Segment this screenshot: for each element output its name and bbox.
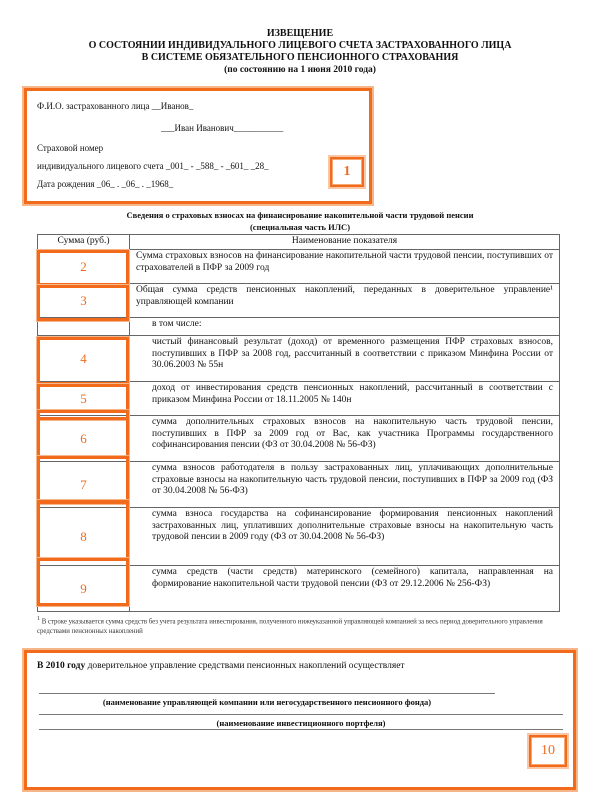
indicator-cell: Общая сумма средств пенсионных накоплени…	[130, 284, 560, 318]
company-name-line	[39, 693, 495, 694]
sum-cell: 9	[38, 566, 130, 612]
management-year: В 2010 году	[37, 661, 85, 671]
fio-field-continued: ___Иван Иванович___________	[161, 123, 283, 134]
bottom-rule	[39, 729, 563, 730]
birth-date-field: Дата рождения _06_ . _06_ . _1968_	[37, 179, 173, 190]
sum-cell: 3	[38, 284, 130, 318]
fio-field: Ф.И.О. застрахованного лица __Иванов_	[37, 101, 193, 112]
indicator-cell: сумма взноса государства на софинансиров…	[130, 508, 560, 566]
sum-cell: 6	[38, 416, 130, 462]
section-title: Сведения о страховых взносах на финансир…	[0, 210, 600, 221]
personal-info-box: Ф.И.О. застрахованного лица __Иванов_ __…	[24, 88, 372, 204]
table-row: 8 сумма взноса государства на софинансир…	[38, 508, 560, 566]
table-row: 2 Сумма страховых взносов на финансирова…	[38, 250, 560, 284]
table-header-row: Сумма (руб.) Наименование показателя	[38, 235, 560, 250]
notice-title: ИЗВЕЩЕНИЕ	[0, 28, 600, 40]
notice-date: (по состоянию на 1 июня 2010 года)	[0, 64, 600, 76]
table-row: 5 доход от инвестирования средств пенсио…	[38, 382, 560, 416]
table-row: 7 сумма взносов работодателя в пользу за…	[38, 462, 560, 508]
notice-subtitle: О СОСТОЯНИИ ИНДИВИДУАЛЬНОГО ЛИЦЕВОГО СЧЕ…	[0, 40, 600, 52]
table-row: 4 чистый финансовый результат (доход) от…	[38, 336, 560, 382]
sum-cell: 8	[38, 508, 130, 566]
account-number-field: индивидуального лицевого счета _001_ - _…	[37, 161, 269, 172]
portfolio-name-caption: (наименование инвестиционного портфеля)	[39, 718, 563, 728]
table-row: в том числе:	[38, 318, 560, 336]
indicator-cell: чистый финансовый результат (доход) от в…	[130, 336, 560, 382]
sum-cell: 5	[38, 382, 130, 416]
indicator-cell: доход от инвестирования средств пенсионн…	[130, 382, 560, 416]
portfolio-name-line	[39, 714, 563, 715]
footnote: 1 В строке указывается сумма средств без…	[37, 614, 567, 637]
indicator-cell: сумма взносов работодателя в пользу заст…	[130, 462, 560, 508]
management-box: В 2010 году доверительное управление сре…	[24, 650, 576, 790]
section-subtitle: (специальная часть ИЛС)	[0, 222, 600, 233]
sum-cell: 7	[38, 462, 130, 508]
table-row: 3 Общая сумма средств пенсионных накопле…	[38, 284, 560, 318]
indicator-cell: сумма дополнительных страховых взносов н…	[130, 416, 560, 462]
insurance-number-label: Страховой номер	[37, 143, 103, 154]
table-row: 9 сумма средств (части средств) материнс…	[38, 566, 560, 612]
notice-subtitle-2: В СИСТЕМЕ ОБЯЗАТЕЛЬНОГО ПЕНСИОННОГО СТРА…	[0, 52, 600, 64]
management-text: доверительное управление средствами пенс…	[88, 661, 405, 671]
company-name-caption: (наименование управляющей компании или н…	[39, 697, 495, 707]
footnote-text: В строке указывается сумма средств без у…	[37, 618, 543, 635]
table-row: 6 сумма дополнительных страховых взносов…	[38, 416, 560, 462]
column-header-name: Наименование показателя	[130, 235, 560, 250]
indicator-cell: сумма средств (части средств) материнско…	[130, 566, 560, 612]
indicator-cell: Сумма страховых взносов на финансировани…	[130, 250, 560, 284]
sum-cell	[38, 318, 130, 336]
contributions-table: Сумма (руб.) Наименование показателя 2 С…	[37, 234, 560, 612]
footnote-mark: 1	[37, 616, 40, 622]
management-statement: В 2010 году доверительное управление сре…	[37, 661, 405, 671]
marker-badge-10: 10	[529, 735, 567, 767]
indicator-cell: в том числе:	[130, 318, 560, 336]
column-header-sum: Сумма (руб.)	[38, 235, 130, 250]
sum-cell: 2	[38, 250, 130, 284]
sum-cell: 4	[38, 336, 130, 382]
marker-badge-1: 1	[330, 157, 364, 187]
